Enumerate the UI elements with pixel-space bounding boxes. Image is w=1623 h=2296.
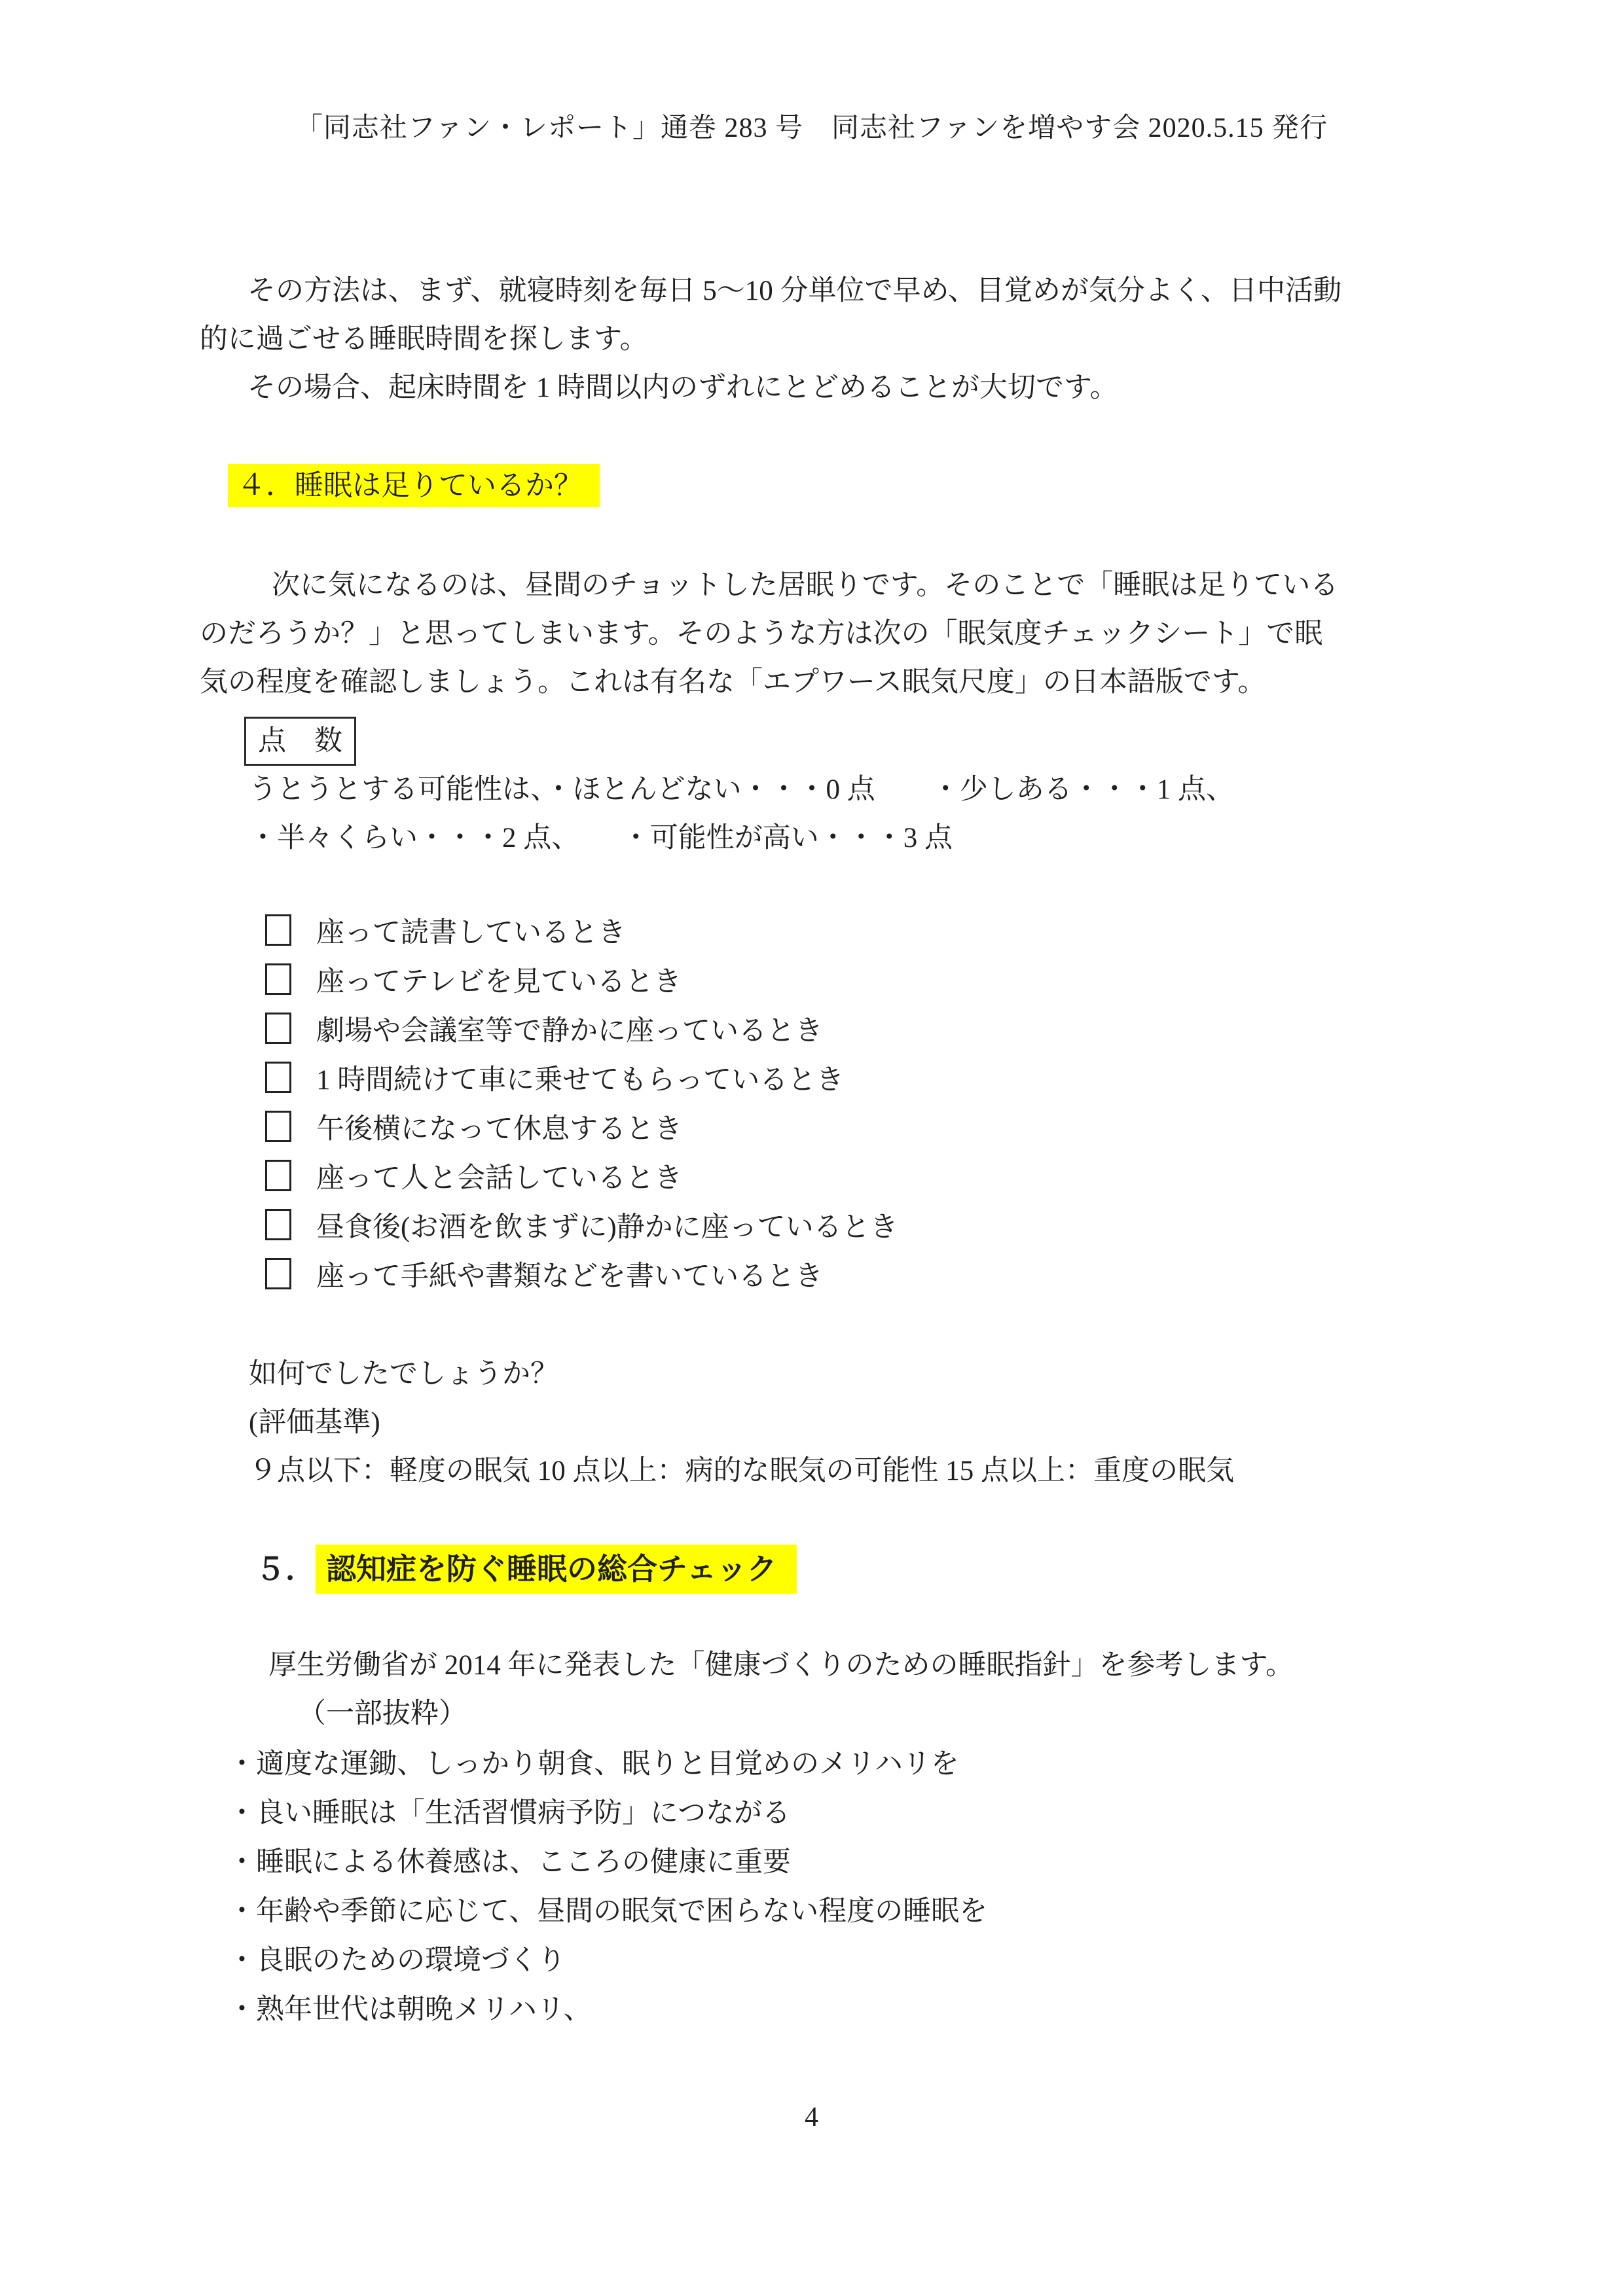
score-box-row: 点 数: [200, 717, 1440, 766]
intro-line: その場合、起床時間を 1 時間以内のずれにとどめることが大切です。: [200, 364, 1440, 412]
section5-heading-number: ５．: [255, 1552, 316, 1586]
section5-heading-row: ５．認知症を防ぐ睡眠の総合チェック: [200, 1545, 1440, 1594]
page-content: その方法は、まず、就寝時刻を毎日 5～10 分単位で早め、目覚めが気分よく、日中…: [200, 267, 1440, 2034]
checklist-item: 座って人と会話しているとき: [200, 1154, 1440, 1203]
checklist-item-label: 午後横になって休息するとき: [316, 1114, 682, 1145]
criteria-text: ９点以下：軽度の眠気 10 点以上：病的な眠気の可能性 15 点以上：重度の眠気: [200, 1447, 1440, 1496]
checkbox-icon: [265, 1209, 291, 1240]
section4-heading: ４．睡眠は足りているか？: [228, 464, 600, 507]
checklist-item: 1 時間続けて車に乗せてもらっているとき: [200, 1056, 1440, 1105]
section5-line: 厚生労働省が 2014 年に発表した「健康づくりのための睡眠指針」を参考します。: [200, 1641, 1440, 1690]
bullet-item: ・熟年世代は朝晩メリハリ、: [200, 1985, 1440, 2034]
checkbox-icon: [265, 1013, 291, 1044]
section4-paragraph: 次に気になるのは、昼間のチョットした居眠りです。そのことで「睡眠は足りている の…: [200, 562, 1440, 707]
section4-heading-row: ４．睡眠は足りているか？: [200, 462, 1440, 505]
sleepiness-checklist: 座って読書しているとき 座ってテレビを見ているとき 劇場や会議室等で静かに座って…: [200, 908, 1440, 1301]
criteria-label: (評価基準): [200, 1399, 1440, 1447]
checklist-item: 座ってテレビを見ているとき: [200, 958, 1440, 1007]
section4-line: 次に気になるのは、昼間のチョットした居眠りです。そのことで「睡眠は足りている: [200, 562, 1440, 610]
bullet-item: ・適度な運鋤、しっかり朝食、眠りと目覚めのメリハリを: [200, 1740, 1440, 1789]
score-line: ・半々くらい・・・2 点、 ・可能性が高い・・・3 点: [200, 814, 1440, 863]
score-line: うとうとする可能性は、・ほとんどない・・・0 点 ・少しある・・・1 点、: [200, 766, 1440, 814]
checklist-item-label: 座って人と会話しているとき: [316, 1163, 682, 1194]
bullet-item: ・年齢や季節に応じて、昼間の眠気で困らない程度の睡眠を: [200, 1887, 1440, 1936]
bullet-item: ・睡眠による休養感は、こころの健康に重要: [200, 1838, 1440, 1887]
score-description: うとうとする可能性は、・ほとんどない・・・0 点 ・少しある・・・1 点、 ・半…: [200, 766, 1440, 863]
bullet-item: ・良眠のための環境づくり: [200, 1936, 1440, 1985]
bullet-item: ・良い睡眠は「生活習慣病予防」につながる: [200, 1789, 1440, 1838]
intro-line: 的に過ごせる睡眠時間を探します。: [200, 315, 1440, 364]
intro-line: その方法は、まず、就寝時刻を毎日 5～10 分単位で早め、目覚めが気分よく、日中…: [200, 267, 1440, 315]
section4-line: 気の程度を確認しましょう。これは有名な「エプワース眠気尺度」の日本語版です。: [200, 658, 1440, 707]
page-number: 4: [0, 2098, 1623, 2137]
sleep-guideline-bullets: ・適度な運鋤、しっかり朝食、眠りと目覚めのメリハリを ・良い睡眠は「生活習慣病予…: [200, 1740, 1440, 2034]
checkbox-icon: [265, 1258, 291, 1289]
checklist-item-label: 昼食後(お酒を飲まずに)静かに座っているとき: [316, 1212, 898, 1243]
checklist-item: 午後横になって休息するとき: [200, 1105, 1440, 1154]
intro-paragraph: その方法は、まず、就寝時刻を毎日 5～10 分単位で早め、目覚めが気分よく、日中…: [200, 267, 1440, 412]
checkbox-icon: [265, 1160, 291, 1191]
checklist-item: 座って手紙や書類などを書いているとき: [200, 1252, 1440, 1301]
checklist-item-label: 座って読書しているとき: [316, 918, 626, 948]
checklist-item: 座って読書しているとき: [200, 908, 1440, 958]
section5-heading: 認知症を防ぐ睡眠の総合チェック: [316, 1545, 797, 1594]
checkbox-icon: [265, 1062, 291, 1093]
checklist-item-label: 劇場や会議室等で静かに座っているとき: [316, 1016, 823, 1047]
checklist-item-label: 1 時間続けて車に乗せてもらっているとき: [316, 1065, 844, 1096]
checkbox-icon: [265, 963, 291, 995]
checklist-item-label: 座って手紙や書類などを書いているとき: [316, 1261, 823, 1292]
evaluation-block: 如何でしたでしょうか？ (評価基準) ９点以下：軽度の眠気 10 点以上：病的な…: [200, 1350, 1440, 1496]
section5-note: （一部抜粋）: [200, 1690, 1440, 1738]
checklist-item: 昼食後(お酒を飲まずに)静かに座っているとき: [200, 1203, 1440, 1252]
newsletter-header: 「同志社ファン・レポート」通巻 283 号 同志社ファンを増やす会 2020.5…: [0, 110, 1623, 147]
followup-question: 如何でしたでしょうか？: [200, 1350, 1440, 1399]
checkbox-icon: [265, 914, 291, 946]
score-box-label: 点 数: [244, 717, 356, 766]
document-page: 「同志社ファン・レポート」通巻 283 号 同志社ファンを増やす会 2020.5…: [0, 0, 1623, 2296]
checkbox-icon: [265, 1111, 291, 1142]
section4-line: のだろうか？」と思ってしまいます。そのような方は次の「眠気度チェックシート」で眠: [200, 610, 1440, 658]
checklist-item-label: 座ってテレビを見ているとき: [316, 967, 682, 997]
section5-paragraph: 厚生労働省が 2014 年に発表した「健康づくりのための睡眠指針」を参考します。…: [200, 1641, 1440, 1738]
checklist-item: 劇場や会議室等で静かに座っているとき: [200, 1007, 1440, 1056]
